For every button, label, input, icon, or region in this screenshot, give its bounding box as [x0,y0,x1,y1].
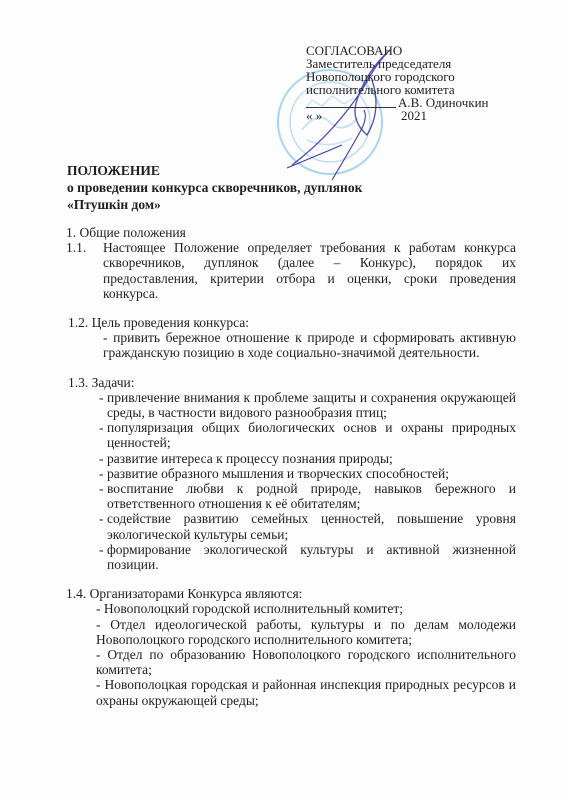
clause-1-4-heading: 1.4. Организаторами Конкурса являются: [66,586,516,601]
clause-1-2-heading: 1.2. Цель проведения конкурса: [66,315,516,330]
date-quotes: « » [306,109,322,122]
clause-1-2-text: - привить бережное отношение к природе и… [66,330,516,360]
list-item: - популяризация общих биологических осно… [99,420,516,450]
date-line: « » 2021 [306,109,536,122]
document-title: ПОЛОЖЕНИЕ о проведении конкурса скворечн… [67,162,362,213]
clause-1-1: 1.1. Настоящее Положение определяет треб… [66,240,516,301]
list-item: -привлечение внимания к проблеме защиты … [99,390,516,420]
approval-block: СОГЛАСОВАНО Заместитель председателя Нов… [306,44,536,122]
clause-number: 1.1. [66,240,103,301]
title-line-2: о проведении конкурса скворечников, дупл… [67,179,362,196]
list-item: - Новополоцкий городской исполнительный … [96,601,516,616]
title-line-3: «Птушкін дом» [67,196,362,213]
list-item: -развитие интереса к процессу познания п… [99,451,516,466]
list-item: -развитие образного мышления и творчески… [99,466,516,481]
clause-text: Настоящее Положение определяет требовани… [103,240,516,301]
document-body: 1. Общие положения 1.1. Настоящее Положе… [66,225,516,708]
list-item: -воспитание любви к родной природе, навы… [99,481,516,511]
list-item: -формирование экологической культуры и а… [99,542,516,572]
title-line-1: ПОЛОЖЕНИЕ [67,162,362,179]
section-general-heading: 1. Общие положения [66,225,516,240]
list-item: - Отдел идеологической работы, культуры … [96,617,516,647]
list-item: -содействие развитию семейных ценностей,… [99,511,516,541]
task-list: -привлечение внимания к проблеме защиты … [66,390,516,572]
organizer-list: - Новополоцкий городской исполнительный … [66,601,516,707]
list-item: - Новополоцкая городская и районная инсп… [96,677,516,707]
list-item: - Отдел по образованию Новополоцкого гор… [96,647,516,677]
approval-year: 2021 [401,109,427,122]
document-page: СОГЛАСОВАНО Заместитель председателя Нов… [0,0,568,800]
clause-1-3-heading: 1.3. Задачи: [66,375,516,390]
